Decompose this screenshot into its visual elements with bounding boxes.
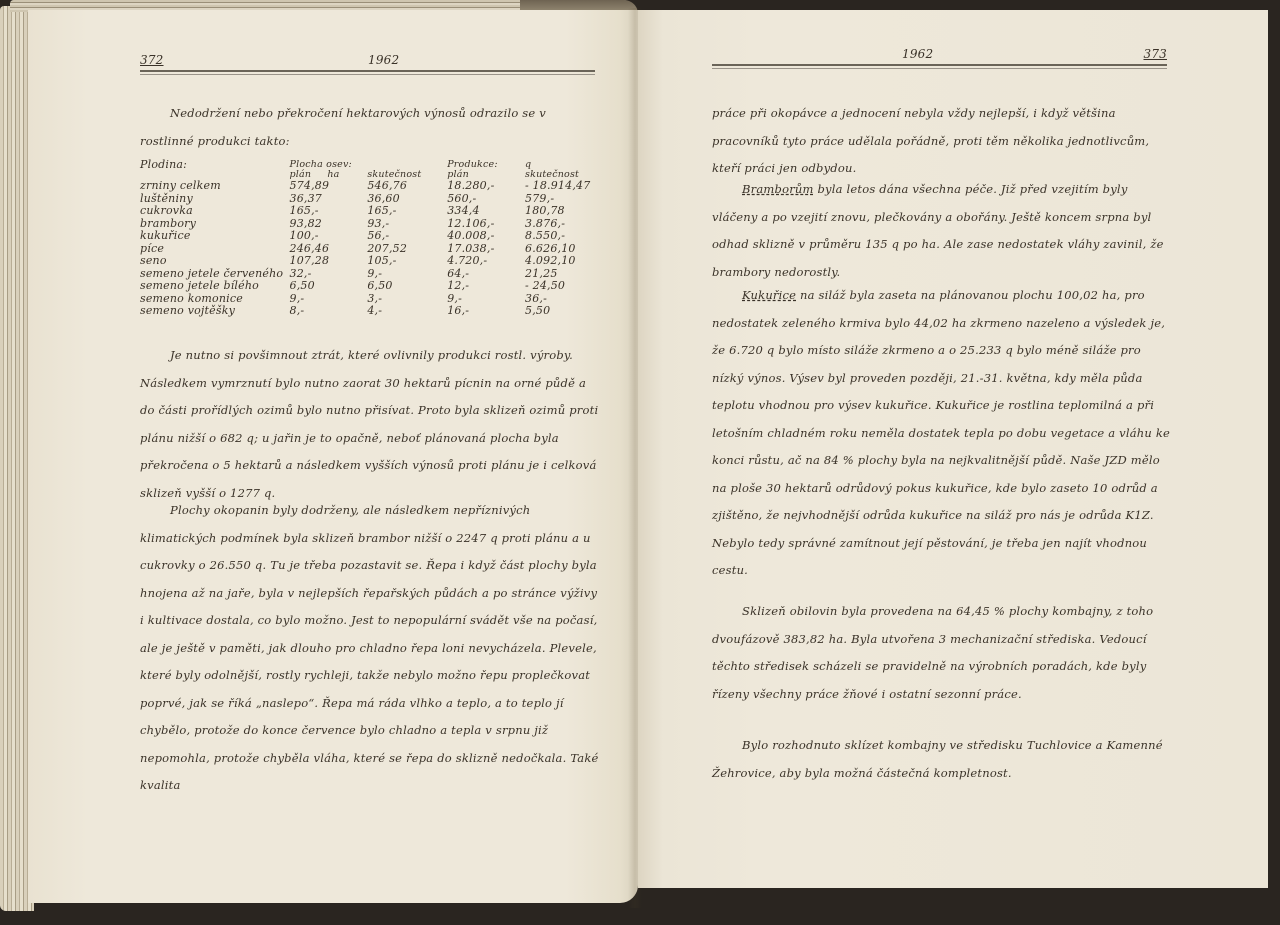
cell-prod-actual: - 24,50 (525, 280, 595, 293)
cell-area-actual: 105,- (367, 255, 447, 268)
table-row: zrniny celkem574,89546,7618.280,-- 18.91… (140, 180, 595, 193)
cell-prod-plan: 4.720,- (447, 255, 525, 268)
cell-area-plan: 165,- (290, 205, 368, 218)
cell-area-actual: 6,50 (367, 280, 447, 293)
cell-area-plan: 574,89 (290, 180, 368, 193)
cell-prod-plan: 16,- (447, 305, 525, 318)
col-crop: Plodina: (140, 160, 290, 180)
cell-crop: cukrovka (140, 205, 290, 218)
open-book: 372 1962 Nedodržení nebo překročení hekt… (0, 0, 1280, 925)
cell-area-plan: 107,28 (290, 255, 368, 268)
paragraph-root-crops: Plochy okopanin byly dodrženy, ale násle… (140, 497, 600, 800)
cell-area-plan: 8,- (290, 305, 368, 318)
right-page-header: 1962 373 (712, 42, 1167, 66)
cell-area-actual: 56,- (367, 230, 447, 243)
cell-prod-plan: 40.008,- (447, 230, 525, 243)
paragraph-maize: Kukuřice na siláž byla zaseta na plánova… (712, 282, 1172, 585)
left-paragraph-1: Je nutno si povšimnout ztrát, které ovli… (140, 342, 600, 507)
cell-crop: zrniny celkem (140, 180, 290, 193)
right-paragraph-1: práce při okopávce a jednocení nebyla vž… (712, 100, 1172, 183)
table-row: kukuřice100,-56,-40.008,-8.550,- (140, 230, 595, 243)
cell-prod-actual: 5,50 (525, 305, 595, 318)
keyword-maize: Kukuřice (742, 288, 796, 302)
table-row: cukrovka165,-165,-334,4180,78 (140, 205, 595, 218)
page-number: 373 (1143, 47, 1167, 61)
cell-prod-plan: 18.280,- (447, 180, 525, 193)
cell-prod-actual: 4.092,10 (525, 255, 595, 268)
intro-text: Nedodržení nebo překročení hektarových v… (140, 100, 600, 155)
right-paragraph-3: Kukuřice na siláž byla zaseta na plánova… (712, 282, 1172, 585)
right-paragraph-4: Sklizeň obilovin byla provedena na 64,45… (712, 598, 1172, 708)
table-row: semeno jetele bílého6,506,5012,-- 24,50 (140, 280, 595, 293)
intro-paragraph: Nedodržení nebo překročení hektarových v… (140, 100, 600, 155)
cell-prod-actual: - 18.914,47 (525, 180, 595, 193)
cell-crop: kukuřice (140, 230, 290, 243)
cell-prod-actual: 180,78 (525, 205, 595, 218)
paragraph-losses: Je nutno si povšimnout ztrát, které ovli… (140, 342, 600, 507)
cell-area-plan: 100,- (290, 230, 368, 243)
keyword-potatoes: Bramborům (742, 182, 814, 196)
crop-production-table: Plodina: Plocha osev: Produkce: q plán h… (140, 160, 595, 318)
col-area-unit: ha (327, 169, 339, 180)
cell-crop: semeno jetele bílého (140, 280, 290, 293)
paragraph-potatoes: Bramborům byla letos dána všechna péče. … (712, 176, 1172, 286)
paragraph-combines: Bylo rozhodnuto sklízet kombajny ve stře… (712, 732, 1172, 787)
left-paragraph-2: Plochy okopanin byly dodrženy, ale násle… (140, 497, 600, 800)
paragraph-hoeing: práce při okopávce a jednocení nebyla vž… (712, 100, 1172, 183)
background-right (1268, 0, 1280, 925)
cell-area-actual: 165,- (367, 205, 447, 218)
cell-prod-plan: 12,- (447, 280, 525, 293)
cell-prod-actual: 8.550,- (525, 230, 595, 243)
cell-area-plan: 6,50 (290, 280, 368, 293)
cell-area-actual: 4,- (367, 305, 447, 318)
table-row: seno107,28105,-4.720,-4.092,10 (140, 255, 595, 268)
page-year: 1962 (368, 53, 399, 67)
page-number: 372 (140, 53, 164, 67)
cell-area-actual: 546,76 (367, 180, 447, 193)
cell-crop: seno (140, 255, 290, 268)
page-year: 1962 (902, 47, 933, 61)
right-paragraph-5: Bylo rozhodnuto sklízet kombajny ve stře… (712, 732, 1172, 787)
cell-prod-plan: 334,4 (447, 205, 525, 218)
right-paragraph-2: Bramborům byla letos dána všechna péče. … (712, 176, 1172, 286)
cell-crop: semeno vojtěšky (140, 305, 290, 318)
left-page-header: 372 1962 (140, 48, 595, 72)
paragraph-cereal-harvest: Sklizeň obilovin byla provedena na 64,45… (712, 598, 1172, 708)
table-row: semeno vojtěšky8,-4,-16,-5,50 (140, 305, 595, 318)
